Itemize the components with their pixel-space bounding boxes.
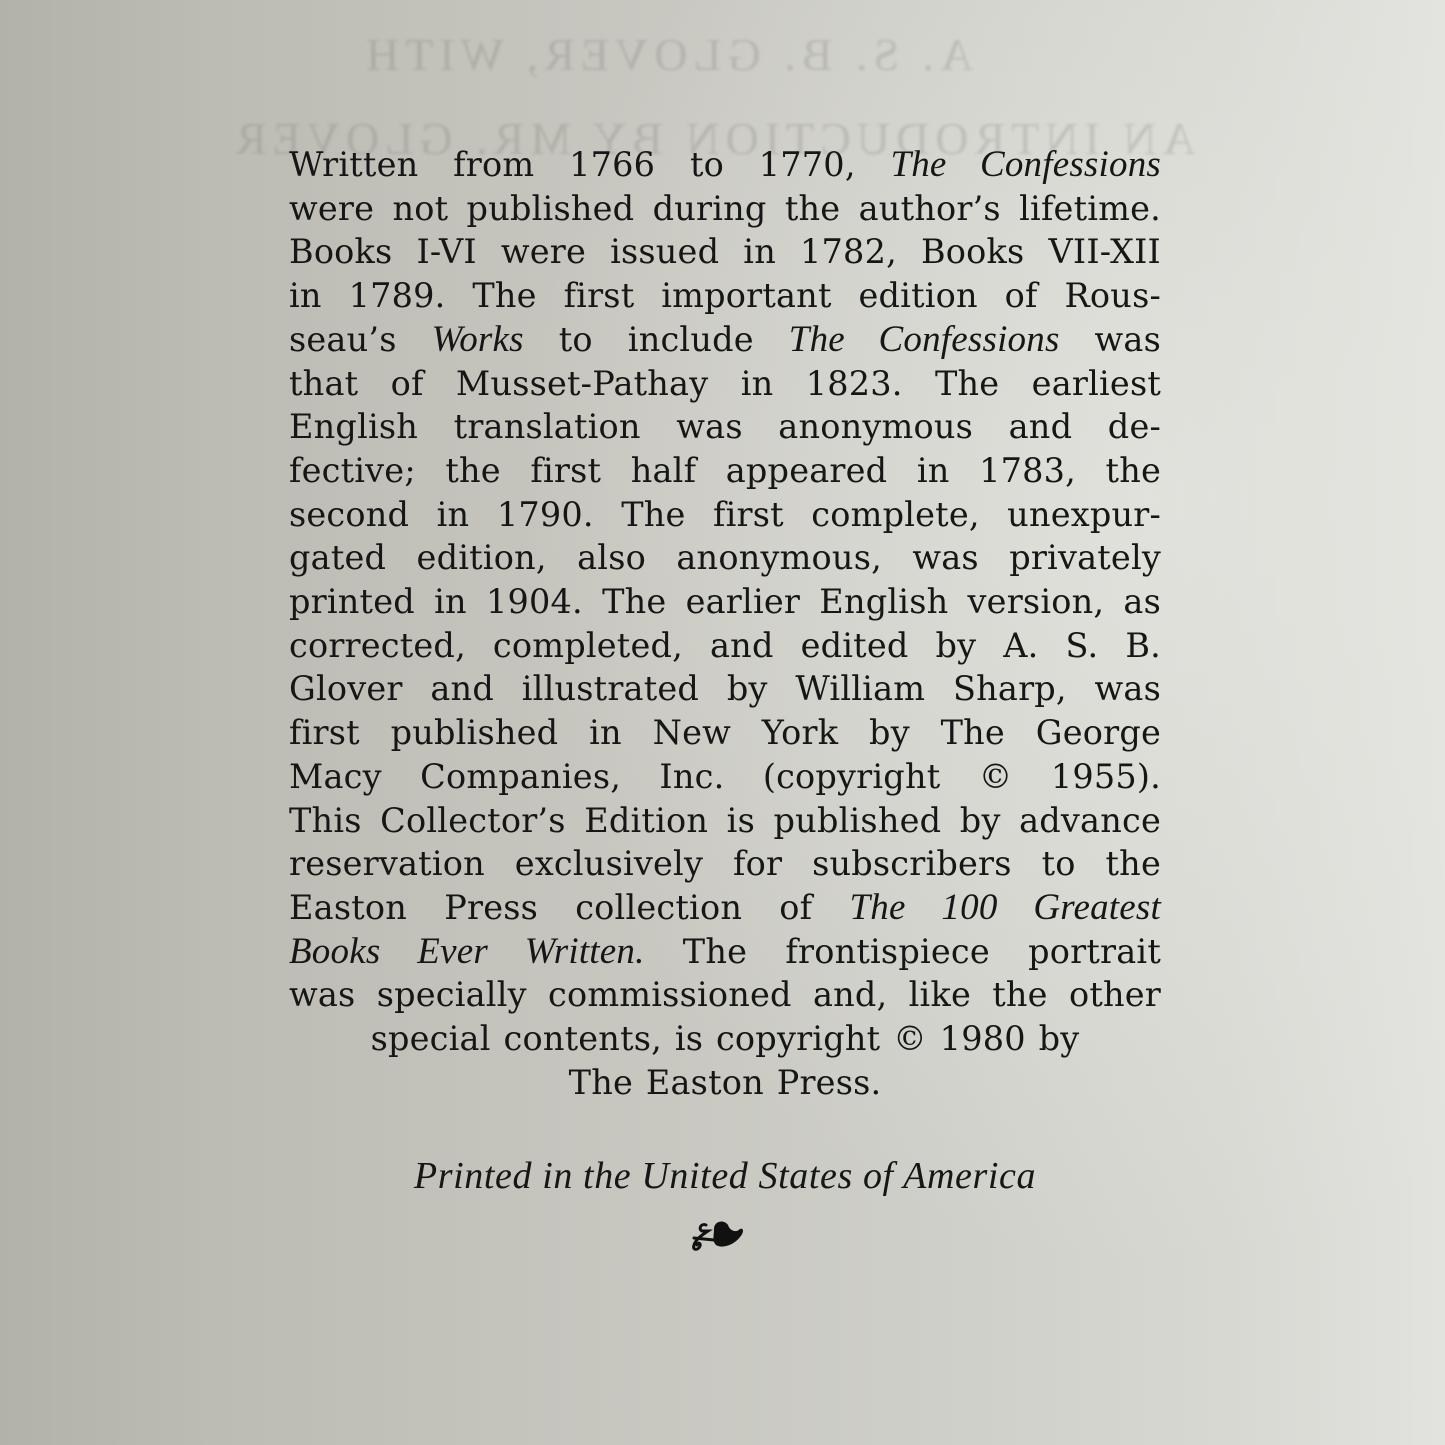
- colophon-line: Easton Press collection of The 100 Great…: [289, 886, 1161, 930]
- colophon-line-centered: special contents, is copyright © 1980 by: [289, 1017, 1161, 1061]
- colophon-line: English translation was anonymous and de…: [289, 405, 1161, 449]
- colophon-line: seau’s Works to include The Confessions …: [289, 318, 1161, 362]
- show-through-text-top: A. S. B. GLOVER, WITH: [360, 28, 973, 81]
- colophon-line: that of Musset-Pathay in 1823. The earli…: [289, 362, 1161, 406]
- colophon-paragraph: Written from 1766 to 1770, The Confessio…: [289, 143, 1161, 1104]
- series-title: The 100 Greatest: [850, 887, 1162, 928]
- colophon-line: reservation exclusively for subscribers …: [289, 842, 1161, 886]
- colophon-line: corrected, completed, and edited by A. S…: [289, 624, 1161, 668]
- colophon-line: Books Ever Written. The frontispiece por…: [289, 930, 1161, 974]
- printers-leaf-ornament-icon: [688, 1215, 748, 1255]
- colophon-line: first published in New York by The Georg…: [289, 711, 1161, 755]
- works-title: Works: [432, 319, 524, 360]
- printed-in-usa-imprint: Printed in the United States of America: [289, 1154, 1161, 1198]
- colophon-line: Macy Companies, Inc. (copyright © 1955).: [289, 755, 1161, 799]
- colophon-line: second in 1790. The first complete, unex…: [289, 493, 1161, 537]
- colophon-line: This Collector’s Edition is published by…: [289, 799, 1161, 843]
- colophon-line: in 1789. The first important edition of …: [289, 274, 1161, 318]
- colophon-line: was specially commissioned and, like the…: [289, 973, 1161, 1017]
- book-title: The Confessions: [789, 319, 1060, 360]
- colophon-line: Glover and illustrated by William Sharp,…: [289, 667, 1161, 711]
- colophon-line: printed in 1904. The earlier English ver…: [289, 580, 1161, 624]
- colophon-line: fective; the first half appeared in 1783…: [289, 449, 1161, 493]
- colophon-line: gated edition, also anonymous, was priva…: [289, 536, 1161, 580]
- colophon-line: Written from 1766 to 1770, The Confessio…: [289, 143, 1161, 187]
- book-title: The Confessions: [890, 144, 1161, 185]
- colophon-block: Written from 1766 to 1770, The Confessio…: [289, 143, 1161, 1104]
- colophon-line: were not published during the author’s l…: [289, 187, 1161, 231]
- series-title: Books Ever Written.: [289, 931, 645, 972]
- colophon-line-centered: The Easton Press.: [289, 1061, 1161, 1105]
- colophon-line: Books I-VI were issued in 1782, Books VI…: [289, 230, 1161, 274]
